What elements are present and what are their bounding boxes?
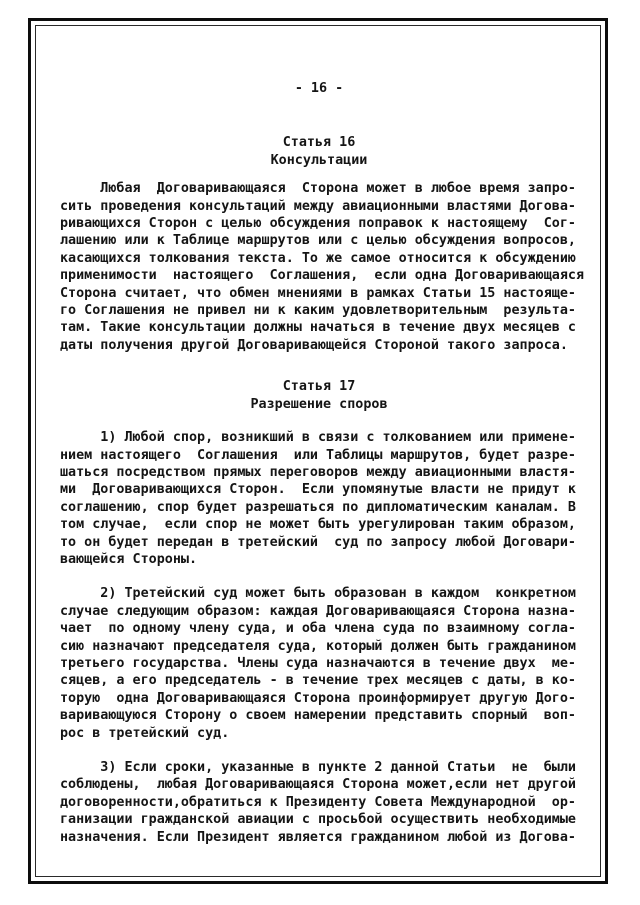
article-17-title: Статья 17 <box>60 378 578 395</box>
article-17-paragraph-2: 2) Третейский суд может быть образован в… <box>60 585 590 742</box>
page-content: - 16 - Статья 16 Консультации Любая Дого… <box>60 80 590 846</box>
page-number: - 16 - <box>60 80 578 97</box>
article-17-paragraph-3: 3) Если сроки, указанные в пункте 2 данн… <box>60 759 590 846</box>
article-16-body: Любая Договаривающаяся Сторона может в л… <box>60 180 590 354</box>
article-16-subtitle: Консультации <box>60 152 578 169</box>
document-page: - 16 - Статья 16 Консультации Любая Дого… <box>0 0 640 905</box>
article-17-paragraph-1: 1) Любой спор, возникший в связи с толко… <box>60 429 590 568</box>
article-16-title: Статья 16 <box>60 134 578 151</box>
article-17-subtitle: Разрешение споров <box>60 396 578 413</box>
